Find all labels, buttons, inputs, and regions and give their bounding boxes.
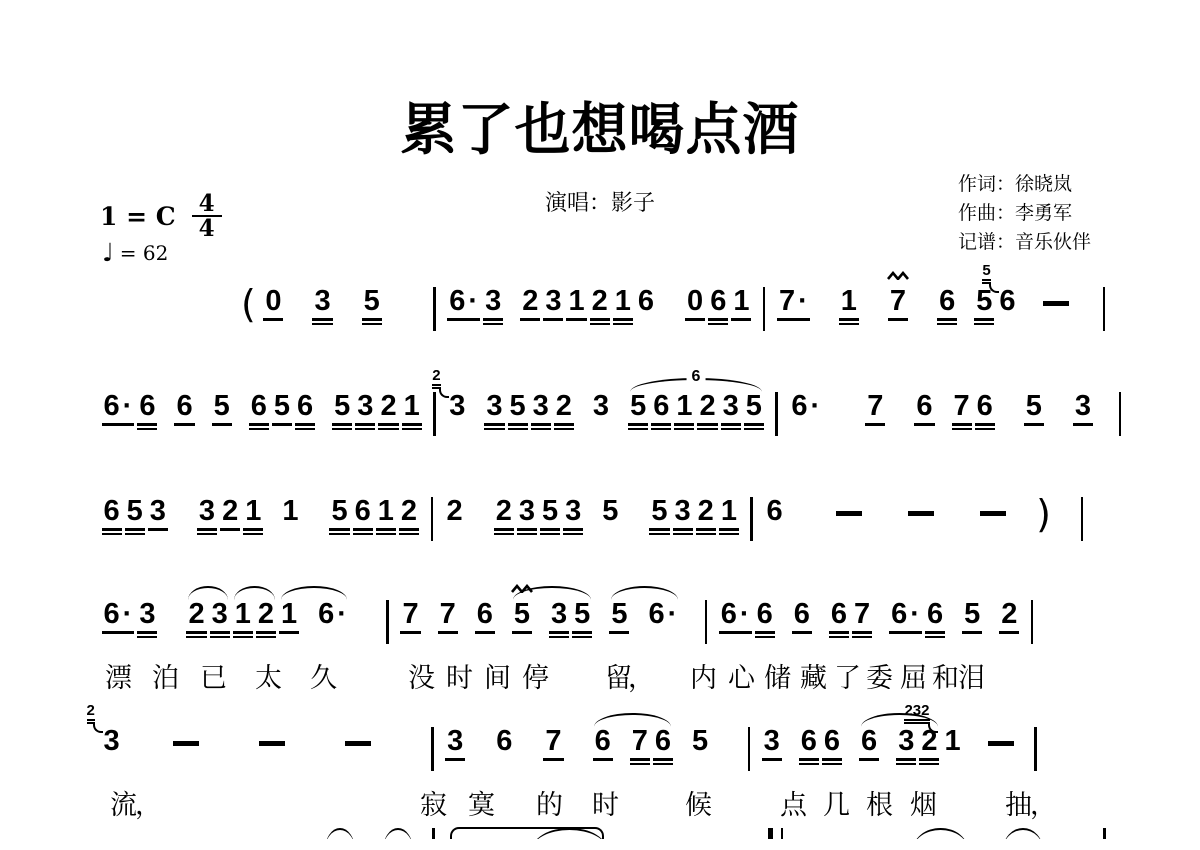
beam-line [540,528,560,531]
note: 6 [792,599,812,650]
note-beams [889,631,922,641]
digit: 3 [486,391,502,421]
note-beams [613,318,633,328]
beam-line [332,428,352,431]
note: 3 [591,391,611,442]
beam-line [609,631,629,634]
beam-line [362,323,382,326]
note: 1 [674,391,694,442]
beam-line [312,323,332,326]
note: 0 [685,286,705,337]
note: 6 [975,391,995,442]
note-beams [137,423,157,433]
note-digit: 6 [249,391,269,421]
note-digit: 5 [512,599,532,629]
digit: 7 [854,599,870,629]
note-beams [975,423,995,433]
note-digit: 3 [896,726,916,756]
digit: 6 [104,599,120,629]
note-digit: 3 [137,599,157,629]
note-beams [543,758,563,768]
beam-line [572,631,592,634]
note-digit: 1 [243,496,263,526]
note-beams [829,631,849,641]
note-beams [649,528,669,538]
barline [1103,287,1106,331]
beam-line [685,318,705,321]
beam-line [925,636,945,639]
note: 2 [520,286,540,337]
beam-line [148,528,168,531]
note-beams [329,528,349,538]
lyric-syllable: 流 [110,783,137,822]
note-beams [484,423,504,433]
note: 6 [651,391,671,442]
note: 5 [540,496,560,547]
note: 3 [483,286,503,337]
note: 2 [378,391,398,442]
note-beams [799,758,819,768]
note-beams [764,528,784,538]
beam-line [859,758,879,761]
digit: 6 [355,496,371,526]
note-beams [792,631,812,641]
dash-note [836,511,862,516]
dash-note [988,741,1014,746]
note-beams [554,423,574,433]
beam-line [137,636,157,639]
augmentation-dot: · [123,391,133,421]
notes-row: 6·6656565321233532365612356·767653 [100,373,1200,442]
beam-line [220,528,240,531]
beam-line [628,423,648,426]
note-digit: 6 [353,496,373,526]
digit: 6 [318,599,334,629]
beam-line [483,323,503,326]
augmentation-dot: · [910,599,920,629]
beam-line [925,631,945,634]
note-digit: 5 [600,496,620,526]
note-digit: 6 [174,391,194,421]
note-beams [609,631,629,641]
note-digit: 5 [572,599,592,629]
note-beams [696,528,716,538]
digit: 7 [779,286,795,316]
augmentation-dot: · [668,599,678,629]
note-beams [563,528,583,538]
note-beams [102,528,122,538]
digit: 7 [890,286,906,316]
beam-line [566,318,586,321]
note-beams [708,318,728,328]
note-beams [355,423,375,433]
note: 3 [517,496,537,547]
digit: 1 [378,496,394,526]
beam-line [896,758,916,761]
tempo-value: = 62 [120,241,169,265]
slur-fragment [913,828,968,839]
beam-line [197,533,217,536]
note-digit: 2 [220,496,240,526]
beam-line [852,631,872,634]
note: 3 [762,726,782,777]
barline [1081,497,1084,541]
beam-line [279,631,299,634]
beam-line [263,318,283,321]
note-digit: 6 [475,599,495,629]
note-beams [999,631,1019,641]
beam-line [517,533,537,536]
grace-note: 2 [87,704,95,724]
lyric-syllable: ， [135,783,162,822]
note-digit: 3 [549,599,569,629]
note-digit: 5 [272,391,292,421]
note-beams [719,631,752,641]
note: 6 [475,599,495,650]
barline [705,600,708,644]
note-beams [731,318,751,328]
note-beams [279,631,299,641]
note-digit: 1 [566,286,586,316]
note-beams [517,528,537,538]
note: 3 [549,599,569,650]
beam-line [517,528,537,531]
lyric-syllable: 已 [200,656,227,695]
beam-line [186,631,206,634]
note-beams [859,758,879,768]
note-digit: 5 [329,496,349,526]
note-beams [186,631,206,641]
barline [431,497,434,541]
beam-line [792,631,812,634]
note-digit: 3 [484,391,504,421]
note-digit: 7· [777,286,810,316]
note: 2 [445,496,465,547]
digit: 6 [794,599,810,629]
note: 3 [531,391,551,442]
note-beams [888,318,908,328]
beam-line [329,528,349,531]
note-beams [148,528,168,538]
digit: 2 [222,496,238,526]
beam-line [531,428,551,431]
note: 3 [137,599,157,650]
digit: 3 [764,726,780,756]
beam-line [272,423,292,426]
score-body: (0356·32312160617·1765566·66565653212335… [100,268,1200,839]
dash-note [345,741,371,746]
beam-line [651,423,671,426]
lyric-syllable: 根 [866,783,893,822]
double-barline-fragment [768,828,783,839]
digit: 5 [611,599,627,629]
note-digit: 1 [613,286,633,316]
note-digit: 6 [822,726,842,756]
beam-line [376,528,396,531]
beam-line [613,318,633,321]
note: 2 [186,599,206,650]
note-digit: 5 [1024,391,1044,421]
note: 1 [731,286,751,337]
note-digit: 2 [696,496,716,526]
beam-line [613,323,633,326]
digit: 3 [447,726,463,756]
note: 3 [563,496,583,547]
digit: 6 [766,496,782,526]
note-digit: 2 [186,599,206,629]
note-beams [212,423,232,433]
digit: 3 [357,391,373,421]
dash-note [980,511,1006,516]
grace-note: 232 [904,704,929,724]
note-beams [494,528,514,538]
score-system-4: 6·3231216·77653556·6·66676·652漂泊已太久没时间停留… [100,581,1200,696]
beam-line [962,631,982,634]
note: 6· [889,599,922,650]
note-beams [272,423,292,433]
beam-line [852,636,872,639]
spacer [301,599,315,650]
digit: 5 [214,391,230,421]
note-beams [512,631,532,641]
note-digit: 3 [591,391,611,421]
note: 3 [148,496,168,547]
beam-line [696,533,716,536]
beam-line [755,631,775,634]
digit: 5 [334,391,350,421]
note-beams [197,528,217,538]
digit: 2 [496,496,512,526]
note: 5 [329,496,349,547]
key-signature: 1 = C 4 4 [100,193,222,239]
note-digit: 6· [102,599,135,629]
note: 3 [1073,391,1093,442]
beam-line [543,318,563,321]
note: 1 [566,286,586,337]
note-beams [210,631,230,641]
beam-line [708,318,728,321]
note-digit: 1 [279,599,299,629]
note-beams [125,528,145,538]
beam-line [243,528,263,531]
beam-line [975,428,995,431]
note-beams [102,423,135,433]
note-beams [549,631,569,641]
note-digit: 6 [102,496,122,526]
note-beams [685,318,705,328]
dash-note [908,511,934,516]
digit: 3 [150,496,166,526]
grace-beam [982,279,990,281]
augmentation-dot: · [337,599,347,629]
beam-line [249,428,269,431]
lyric-syllable: 屈 [900,656,927,695]
lyric-syllable: ， [1030,783,1057,822]
beam-line [651,428,671,431]
beam-line [210,636,230,639]
note: 5 [600,496,620,547]
beam-line [447,318,480,321]
note: 5 [362,286,382,337]
beam-line [125,528,145,531]
beam-line [508,428,528,431]
note: 6 [353,496,373,547]
beam-line [520,318,540,321]
augmentation-dot: · [798,286,808,316]
digit: 1 [282,496,298,526]
lyric-syllable: 漂 [105,656,132,695]
digit: 3 [533,391,549,421]
digit: 6 [176,391,192,421]
beam-line [839,323,859,326]
song-title: 累了也想喝点酒 [0,86,1200,166]
note: 6 [102,496,122,547]
lyric-syllable: 久 [310,656,337,695]
beam-line [484,428,504,431]
beam-line [233,631,253,634]
note: 6 [764,496,784,547]
parenthesis: ) [1036,496,1051,532]
note-digit: 7 [888,286,908,316]
note-beams [628,423,648,433]
digit: 1 [676,391,692,421]
beam-line [402,428,422,431]
score-system-5: 2336767653666322321流，寂寞的时候点几根烟抽， [100,708,1200,823]
note-digit: 2 [697,391,717,421]
note-beams [508,423,528,433]
time-signature: 4 4 [192,193,222,239]
digit: 3 [545,286,561,316]
lyric-syllable: 几 [823,783,850,822]
note-digit: 1 [280,496,300,526]
note: 7 [438,599,458,650]
augmentation-dot: · [123,599,133,629]
note-beams [572,631,592,641]
note: 3 [673,496,693,547]
beam-line [483,318,503,321]
note: 23 [102,726,122,777]
note-digit: 1 [233,599,253,629]
note: 6 [822,726,842,777]
note-digit: 6 [975,391,995,421]
digit: 2 [698,496,714,526]
grace-digits: 2 [87,704,95,718]
note-beams [531,423,551,433]
note: 3 [210,599,230,650]
beam-line [210,631,230,634]
lyric-syllable: 储 [764,656,791,695]
lyric-syllable: 了 [834,656,861,695]
note-digit: 3 [312,286,332,316]
note-digit: 3 [447,391,467,421]
slur-group: 632 [858,726,941,777]
digit: 7 [867,391,883,421]
note: 5 [609,599,629,650]
note-digit: 3 [762,726,782,756]
note: 5 [1024,391,1044,442]
beam-line [362,318,382,321]
beam-line [1073,423,1093,426]
note: 7· [777,286,810,337]
beam-line [332,423,352,426]
note-beams [256,631,276,641]
lyric-syllable: 泊 [152,656,179,695]
beam-line [696,528,716,531]
note-digit: 5 [690,726,710,756]
note: 1 [376,496,396,547]
note-beams [566,318,586,328]
digit: 1 [733,286,749,316]
digit: 6 [449,286,465,316]
tempo-marking: ♩ = 62 [102,241,168,265]
slur-group: 16· [278,599,351,650]
note: 3 [721,391,741,442]
credit-notator: 记谱：音乐伙伴 [958,228,1091,257]
note-beams [937,318,957,328]
digit: 5 [331,496,347,526]
dash-note [259,741,285,746]
digit: 5 [574,599,590,629]
note-digit: 6· [789,391,822,421]
digit: 7 [632,726,648,756]
note-digit: 6 [636,286,656,316]
beam-line [721,423,741,426]
beam-line [295,423,315,426]
beam-line [543,758,563,761]
note-digit: 5 [362,286,382,316]
note-beams [919,758,939,768]
note: 6 [708,286,728,337]
note-beams [445,528,465,538]
beam-line [952,428,972,431]
digit: 2 [188,599,204,629]
note-digit: 0 [263,286,283,316]
note-beams [174,423,194,433]
note: 3 [445,726,465,777]
note: 2 [494,496,514,547]
note: 1 [280,496,300,547]
digit: 5 [1026,391,1042,421]
note-beams [962,631,982,641]
note-digit: 7 [852,599,872,629]
note: 3 [543,286,563,337]
note-beams [997,318,1017,328]
note-digit: 6 [593,726,613,756]
barline-fragment [1103,828,1106,839]
digit: 5 [510,391,526,421]
beam-line [186,636,206,639]
slur-fragment [1003,828,1043,839]
note: 2321 [942,726,962,777]
slur-fragment [383,828,413,839]
note-beams [353,528,373,538]
digit: 2 [258,599,274,629]
note: 5 [508,391,528,442]
beam-line [896,763,916,766]
mordent-icon [887,271,909,280]
note: 6 [593,726,613,777]
note: 1 [233,599,253,650]
beam-line [102,528,122,531]
note-digit: 3 [148,496,168,526]
beam-line [653,763,673,766]
note-digit: 5 [125,496,145,526]
note-beams [249,423,269,433]
note-beams [1073,423,1093,433]
beam-line [937,323,957,326]
note-beams [220,528,240,538]
note: 3 [484,391,504,442]
